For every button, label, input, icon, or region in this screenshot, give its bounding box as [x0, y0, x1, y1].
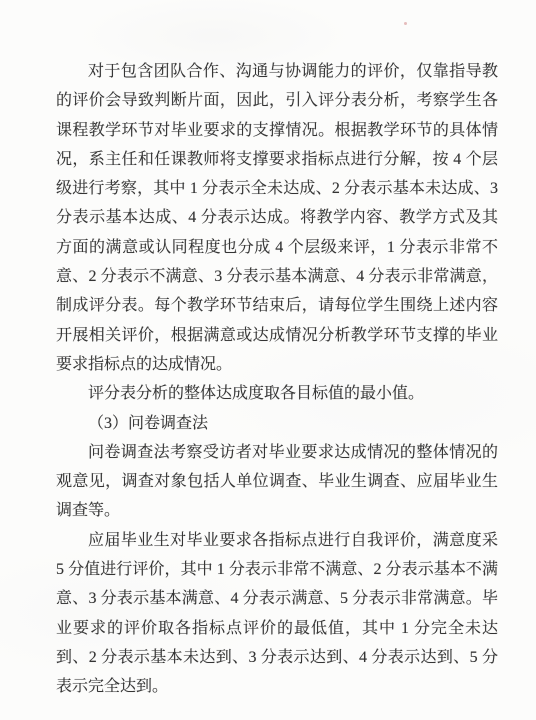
text-line: 意、3 分表示基本满意、4 分表示满意、5 分表示非常满意。毕 — [56, 584, 498, 613]
text-line: 5 分值进行评价，其中 1 分表示非常不满意、2 分表示基本不满 — [56, 555, 498, 584]
text-line: 制成评分表。每个教学环节结束后，请每位学生围绕上述内容 — [56, 291, 498, 320]
scan-artifact-dot — [404, 22, 407, 25]
text-line: 调查等。 — [56, 496, 498, 525]
text-line: 表示完全达到。 — [56, 672, 498, 701]
text-line: 观意见，调查对象包括人单位调查、毕业生调查、应届毕业生 — [56, 467, 498, 496]
text-line: 开展相关评价，根据满意或达成情况分析教学环节支撑的毕业 — [56, 321, 498, 350]
text-line: 问卷调查法考察受访者对毕业要求达成情况的整体情况的主 — [56, 438, 498, 467]
text-line: 级进行考察，其中 1 分表示全未达成、2 分表示基本未达成、3 — [56, 174, 498, 203]
document-text: 对于包含团队合作、沟通与协调能力的评价，仅靠指导教师 的评价会导致判断片面，因此… — [56, 57, 498, 702]
text-line: 要求指标点的达成情况。 — [56, 350, 498, 379]
text-line: 业要求的评价取各指标点评价的最低值，其中 1 分完全未达 — [56, 614, 498, 643]
text-line: 评分表分析的整体达成度取各目标值的最小值。 — [56, 379, 498, 408]
text-line: （3）问卷调查法 — [56, 409, 498, 438]
scanned-page: 对于包含团队合作、沟通与协调能力的评价，仅靠指导教师 的评价会导致判断片面，因此… — [0, 0, 536, 720]
text-line: 的评价会导致判断片面，因此，引入评分表分析，考察学生各 — [56, 86, 498, 115]
text-line: 况，系主任和任课教师将支撑要求指标点进行分解，按 4 个层 — [56, 145, 498, 174]
text-line: 方面的满意或认同程度也分成 4 个层级来评，1 分表示非常不满 — [56, 233, 498, 262]
text-line: 分表示基本达成、4 分表示达成。将教学内容、教学方式及其他 — [56, 203, 498, 232]
text-line: 到、2 分表示基本未达到、3 分表示达到、4 分表示达到、5 分 — [56, 643, 498, 672]
text-line: 意、2 分表示不满意、3 分表示基本满意、4 分表示非常满意， — [56, 262, 498, 291]
text-line: 课程教学环节对毕业要求的支撑情况。根据教学环节的具体情 — [56, 116, 498, 145]
text-line: 对于包含团队合作、沟通与协调能力的评价，仅靠指导教师 — [56, 57, 498, 86]
text-line: 应届毕业生对毕业要求各指标点进行自我评价，满意度采用 — [56, 526, 498, 555]
